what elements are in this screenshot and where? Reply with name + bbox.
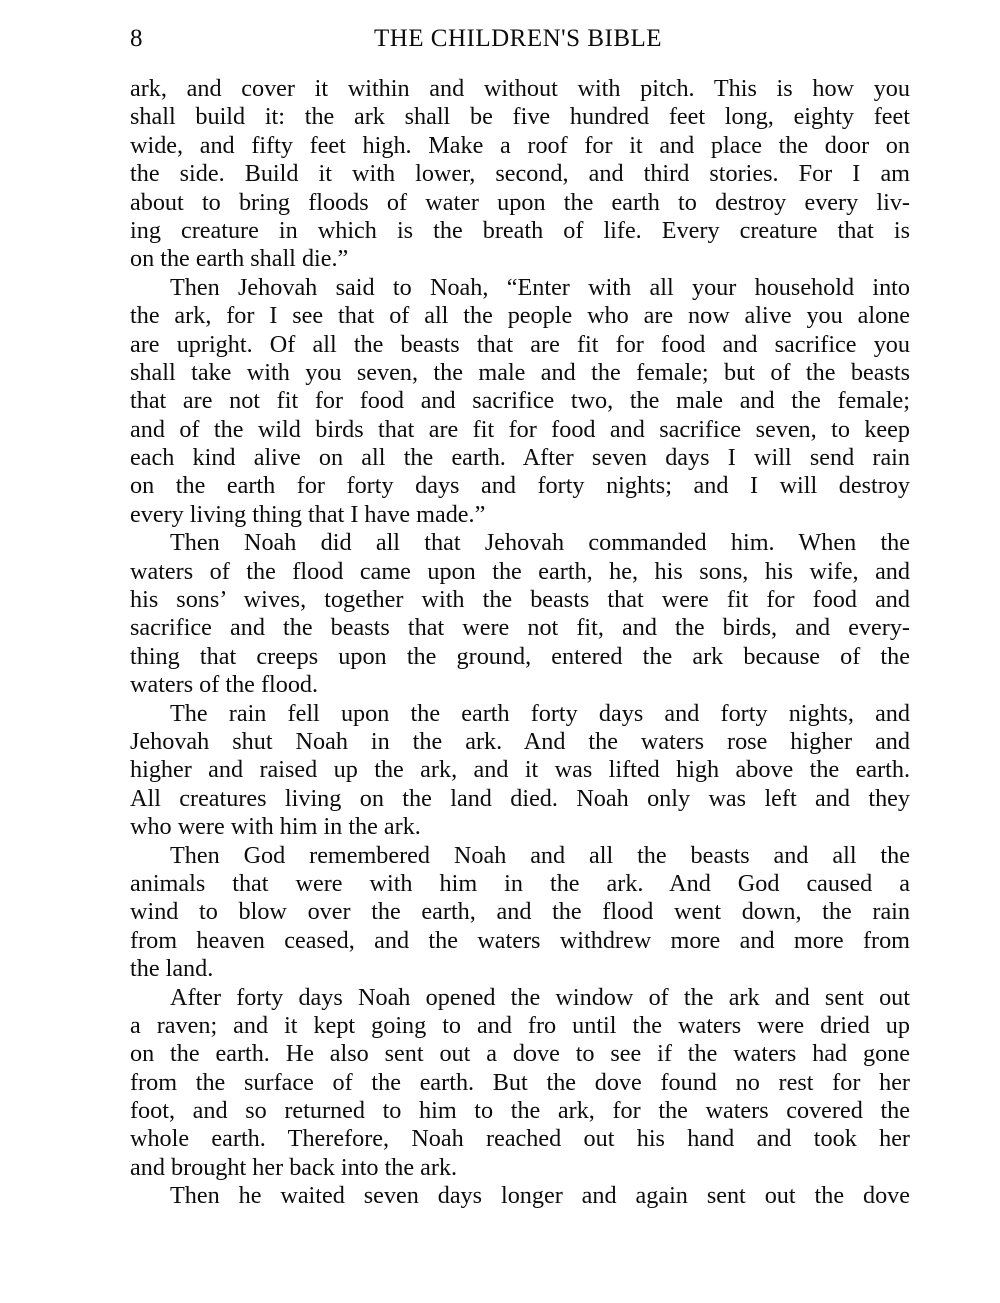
text-line: and brought her back into the ark. (130, 1154, 910, 1182)
text-line: ing creature in which is the breath of l… (130, 217, 910, 245)
text-line: wind to blow over the earth, and the flo… (130, 898, 910, 926)
text-line: Then Noah did all that Jehovah commanded… (130, 529, 910, 557)
text-line: on the earth. He also sent out a dove to… (130, 1040, 910, 1068)
text-line: on the earth for forty days and forty ni… (130, 472, 910, 500)
paragraph: Then Jehovah said to Noah, “Enter with a… (130, 274, 910, 530)
text-line: every living thing that I have made.” (130, 501, 910, 529)
paragraph: The rain fell upon the earth forty days … (130, 700, 910, 842)
text-line: the side. Build it with lower, second, a… (130, 160, 910, 188)
text-line: who were with him in the ark. (130, 813, 910, 841)
text-line: thing that creeps upon the ground, enter… (130, 643, 910, 671)
text-line: each kind alive on all the earth. After … (130, 444, 910, 472)
text-line: All creatures living on the land died. N… (130, 785, 910, 813)
paragraph: Then he waited seven days longer and aga… (130, 1182, 910, 1210)
paragraph: After forty days Noah opened the window … (130, 984, 910, 1183)
text-line: foot, and so returned to him to the ark,… (130, 1097, 910, 1125)
text-line: The rain fell upon the earth forty days … (130, 700, 910, 728)
text-line: Jehovah shut Noah in the ark. And the wa… (130, 728, 910, 756)
text-line: higher and raised up the ark, and it was… (130, 756, 910, 784)
text-line: shall build it: the ark shall be five hu… (130, 103, 910, 131)
text-line: ark, and cover it within and without wit… (130, 75, 910, 103)
text-line: that are not fit for food and sacrifice … (130, 387, 910, 415)
text-line: animals that were with him in the ark. A… (130, 870, 910, 898)
running-title: THE CHILDREN'S BIBLE (128, 22, 908, 56)
text-line: a raven; and it kept going to and fro un… (130, 1012, 910, 1040)
text-line: whole earth. Therefore, Noah reached out… (130, 1125, 910, 1153)
paragraph: ark, and cover it within and without wit… (130, 75, 910, 274)
text-line: Then Jehovah said to Noah, “Enter with a… (130, 274, 910, 302)
body-text: ark, and cover it within and without wit… (130, 75, 910, 1211)
text-line: the land. (130, 955, 910, 983)
text-line: wide, and fifty feet high. Make a roof f… (130, 132, 910, 160)
text-line: sacrifice and the beasts that were not f… (130, 614, 910, 642)
text-line: his sons’ wives, together with the beast… (130, 586, 910, 614)
text-line: After forty days Noah opened the window … (130, 984, 910, 1012)
text-line: Then God remembered Noah and all the bea… (130, 842, 910, 870)
text-line: on the earth shall die.” (130, 245, 910, 273)
text-line: Then he waited seven days longer and aga… (130, 1182, 910, 1210)
page-header: 8 THE CHILDREN'S BIBLE (130, 22, 910, 56)
text-line: the ark, for I see that of all the peopl… (130, 302, 910, 330)
text-line: from heaven ceased, and the waters withd… (130, 927, 910, 955)
text-line: and of the wild birds that are fit for f… (130, 416, 910, 444)
text-line: are upright. Of all the beasts that are … (130, 331, 910, 359)
paragraph: Then Noah did all that Jehovah commanded… (130, 529, 910, 699)
text-line: waters of the flood came upon the earth,… (130, 558, 910, 586)
text-line: from the surface of the earth. But the d… (130, 1069, 910, 1097)
text-line: waters of the flood. (130, 671, 910, 699)
text-line: shall take with you seven, the male and … (130, 359, 910, 387)
paragraph: Then God remembered Noah and all the bea… (130, 842, 910, 984)
text-line: about to bring floods of water upon the … (130, 189, 910, 217)
